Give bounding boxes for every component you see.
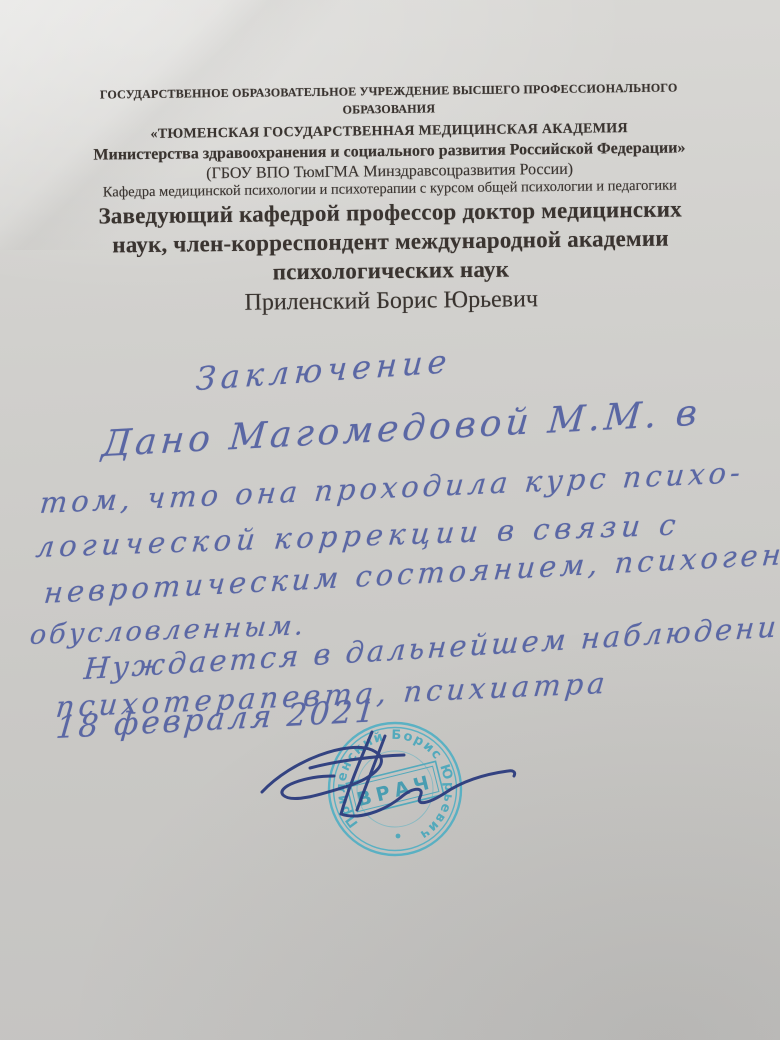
handwritten-heading: Заключение: [195, 342, 453, 398]
handwritten-line: Дано Магомедовой М.М. в: [100, 392, 702, 465]
signature-scribble: [252, 726, 528, 838]
document-photo: ГОСУДАРСТВЕННОЕ ОБРАЗОВАТЕЛЬНОЕ УЧРЕЖДЕН…: [0, 0, 780, 1040]
institution-header: ГОСУДАРСТВЕННОЕ ОБРАЗОВАТЕЛЬНОЕ УЧРЕЖДЕН…: [27, 78, 754, 321]
